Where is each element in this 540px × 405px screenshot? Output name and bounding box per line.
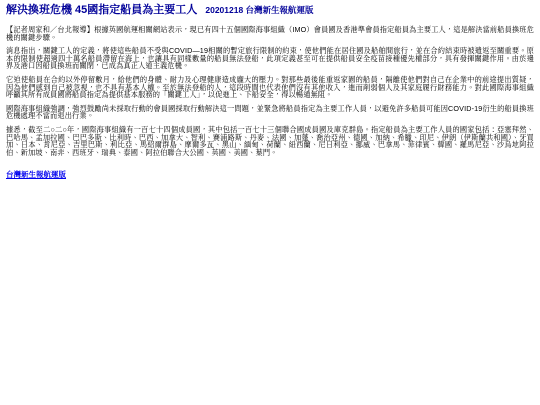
source-edition-link[interactable]: 台灣新生報航運版 <box>6 171 66 179</box>
article-paragraph: 國際海事組織強調，強烈鼓勵尚未採取行動的會員國採取行動解決這一問題，並緊急將船員… <box>6 105 534 120</box>
article-page: 解決換班危機 45國指定船員為主要工人 20201218 台灣新生報航運版 【記… <box>0 0 540 405</box>
article-paragraph: 據悉，截至二○二○年，國際海事組織有一百七十四個成員國，其中包括一百七十三個聯合… <box>6 126 534 156</box>
article-paragraph: 消息指出，關鍵工人的定義，將使這些船員不受與COVID—19相關的暫定旅行限制的… <box>6 47 534 70</box>
article-title: 解決換班危機 45國指定船員為主要工人 20201218 台灣新生報航運版 <box>6 4 534 17</box>
article-paragraph-lead: 【記者周家和／台北報導】根據英國航運相關網站表示，現已有四十五個國際海事組織（I… <box>6 26 534 41</box>
article-body: 【記者周家和／台北報導】根據英國航運相關網站表示，現已有四十五個國際海事組織（I… <box>6 26 534 156</box>
article-title-date-edition: 20201218 台灣新生報航運版 <box>205 5 313 15</box>
article-title-text: 解決換班危機 45國指定船員為主要工人 <box>6 4 197 16</box>
article-paragraph: 它迫使船員在合約以外停留數月，給他們的身體、耐力及心理健康造成龐大的壓力。對那些… <box>6 76 534 99</box>
